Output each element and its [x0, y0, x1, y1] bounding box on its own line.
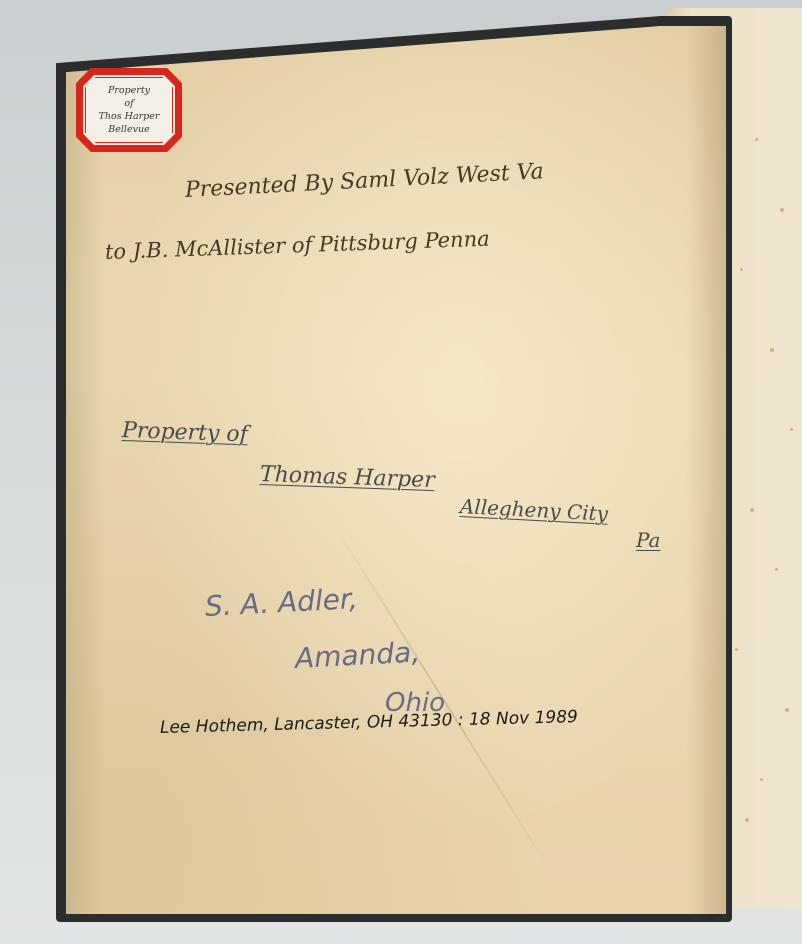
ownership-property: Property of — [122, 418, 249, 447]
pencil-owner-town: Amanda, — [294, 635, 421, 675]
bookplate-line: of — [124, 97, 133, 110]
bookplate-label: Property of Thos Harper Bellevue — [76, 68, 182, 152]
bookplate-line: Property — [108, 84, 150, 97]
bookplate-line: Bellevue — [108, 123, 149, 136]
bookplate-line: Thos Harper — [99, 110, 160, 123]
book-photo: Property of Thos Harper Bellevue Present… — [0, 0, 802, 944]
ownership-state: Pa — [636, 528, 660, 552]
